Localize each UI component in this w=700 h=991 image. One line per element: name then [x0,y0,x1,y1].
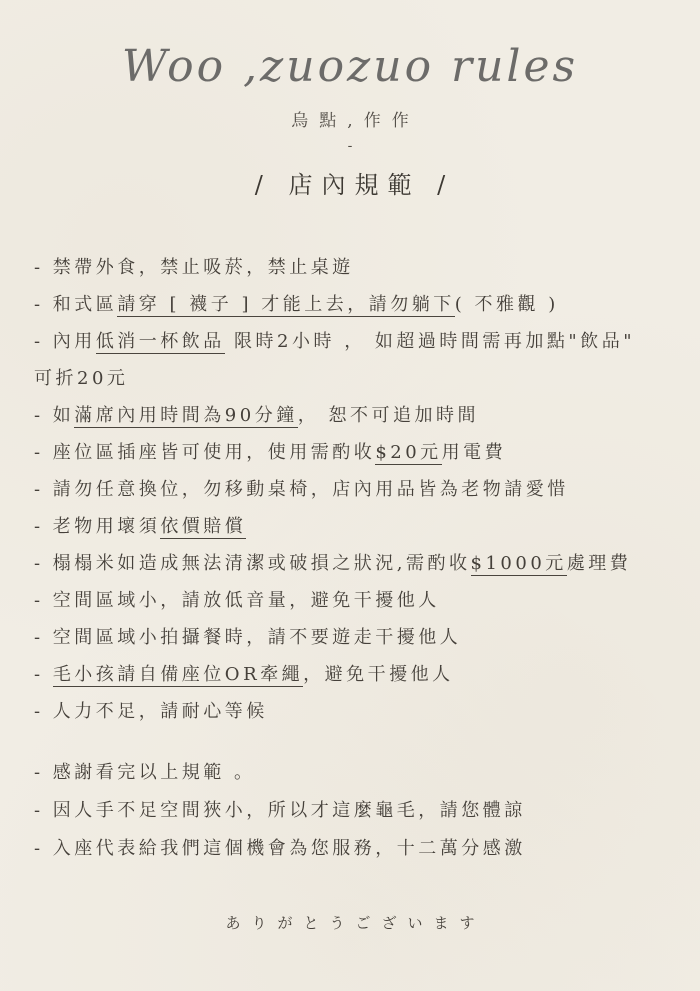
rule-text: - [34,664,53,685]
closing-line: - 入座代表給我們這個機會為您服務，十二萬分感激 [34,830,666,868]
rule-text: - 空間區域小，請放低音量，避免干擾他人 [34,590,440,611]
rule-text: 限時2小時 ， 如超過時間需再加點"飲品" [225,331,635,352]
rule-text: 用電費 [442,442,507,463]
rule-text: - 感謝看完以上規範 。 [34,762,256,783]
rule-underlined-text: 低消一杯飲品 [96,331,225,354]
rule-text: 處理費 [567,553,632,574]
page-heading: / 店內規範 / [34,165,666,200]
rule-text: ， 恕不可追加時間 [298,405,479,426]
rule-text: - 空間區域小拍攝餐時，請不要遊走干擾他人 [34,627,461,648]
store-rules-page: Woo ,zuozuo rules 烏點,作作 - / 店內規範 / - 禁帶外… [0,0,700,991]
rule-line: - 請勿任意換位，勿移動桌椅，店內用品皆為老物請愛惜 [34,471,666,508]
rule-text: 可折20元 [34,368,128,389]
rule-underlined-text: 毛小孩請自備座位OR牽繩 [53,664,303,687]
rule-underlined-text: 依價賠償 [160,516,246,539]
divider-dash: - [34,138,666,154]
header: Woo ,zuozuo rules 烏點,作作 - / 店內規範 / [34,42,666,200]
rule-line: - 空間區域小，請放低音量，避免干擾他人 [34,582,666,619]
rule-line: - 人力不足，請耐心等候 [34,693,666,730]
rule-line: - 空間區域小拍攝餐時，請不要遊走干擾他人 [34,619,666,656]
rules-list: - 禁帶外食，禁止吸菸，禁止桌遊- 和式區請穿 [ 襪子 ] 才能上去，請勿躺下… [34,249,666,730]
rule-text: - 禁帶外食，禁止吸菸，禁止桌遊 [34,257,354,278]
rule-line: - 和式區請穿 [ 襪子 ] 才能上去，請勿躺下( 不雅觀 ) [34,286,666,323]
closing-line: - 因人手不足空間狹小，所以才這麼龜毛，請您體諒 [34,792,666,830]
rule-text: - 如 [34,405,74,426]
rule-text: ( 不雅觀 ) [455,294,559,315]
rule-line: - 榻榻米如造成無法清潔或破損之狀況,需酌收$1000元處理費 [34,545,666,582]
rule-underlined-text: 滿席內用時間為90分鐘 [74,405,297,428]
rule-text: - 因人手不足空間狹小，所以才這麼龜毛，請您體諒 [34,800,526,821]
rule-line: - 老物用壞須依價賠償 [34,508,666,545]
closing-notes-list: - 感謝看完以上規範 。- 因人手不足空間狹小，所以才這麼龜毛，請您體諒- 入座… [34,754,666,868]
rule-line: - 禁帶外食，禁止吸菸，禁止桌遊 [34,249,666,286]
rule-line: - 內用低消一杯飲品 限時2小時 ， 如超過時間需再加點"飲品" [34,323,666,360]
rule-line: 可折20元 [34,360,666,397]
closing-line: - 感謝看完以上規範 。 [34,754,666,792]
rule-text: - 內用 [34,331,96,352]
rule-text: - 座位區插座皆可使用，使用需酌收 [34,442,375,463]
rule-text: - 老物用壞須 [34,516,160,537]
rule-underlined-text: $1000元 [471,553,567,576]
thanks-note: ありがとうございます [34,912,666,933]
rule-text: - 榻榻米如造成無法清潔或破損之狀況,需酌收 [34,553,471,574]
rule-line: - 毛小孩請自備座位OR牽繩，避免干擾他人 [34,656,666,693]
rule-text: - 和式區 [34,294,117,315]
rule-line: - 座位區插座皆可使用，使用需酌收$20元用電費 [34,434,666,471]
rule-text: - 人力不足，請耐心等候 [34,701,268,722]
rule-line: - 如滿席內用時間為90分鐘， 恕不可追加時間 [34,397,666,434]
shop-title-cjk: 烏點,作作 [34,106,666,131]
rule-underlined-text: 請穿 [ 襪子 ] 才能上去，請勿躺下 [117,294,454,317]
rule-underlined-text: $20元 [375,442,441,465]
rule-text: - 請勿任意換位，勿移動桌椅，店內用品皆為老物請愛惜 [34,479,569,500]
rule-text: ，避免干擾他人 [303,664,454,685]
shop-title-script: Woo ,zuozuo rules [34,42,666,93]
rule-text: - 入座代表給我們這個機會為您服務，十二萬分感激 [34,838,526,859]
